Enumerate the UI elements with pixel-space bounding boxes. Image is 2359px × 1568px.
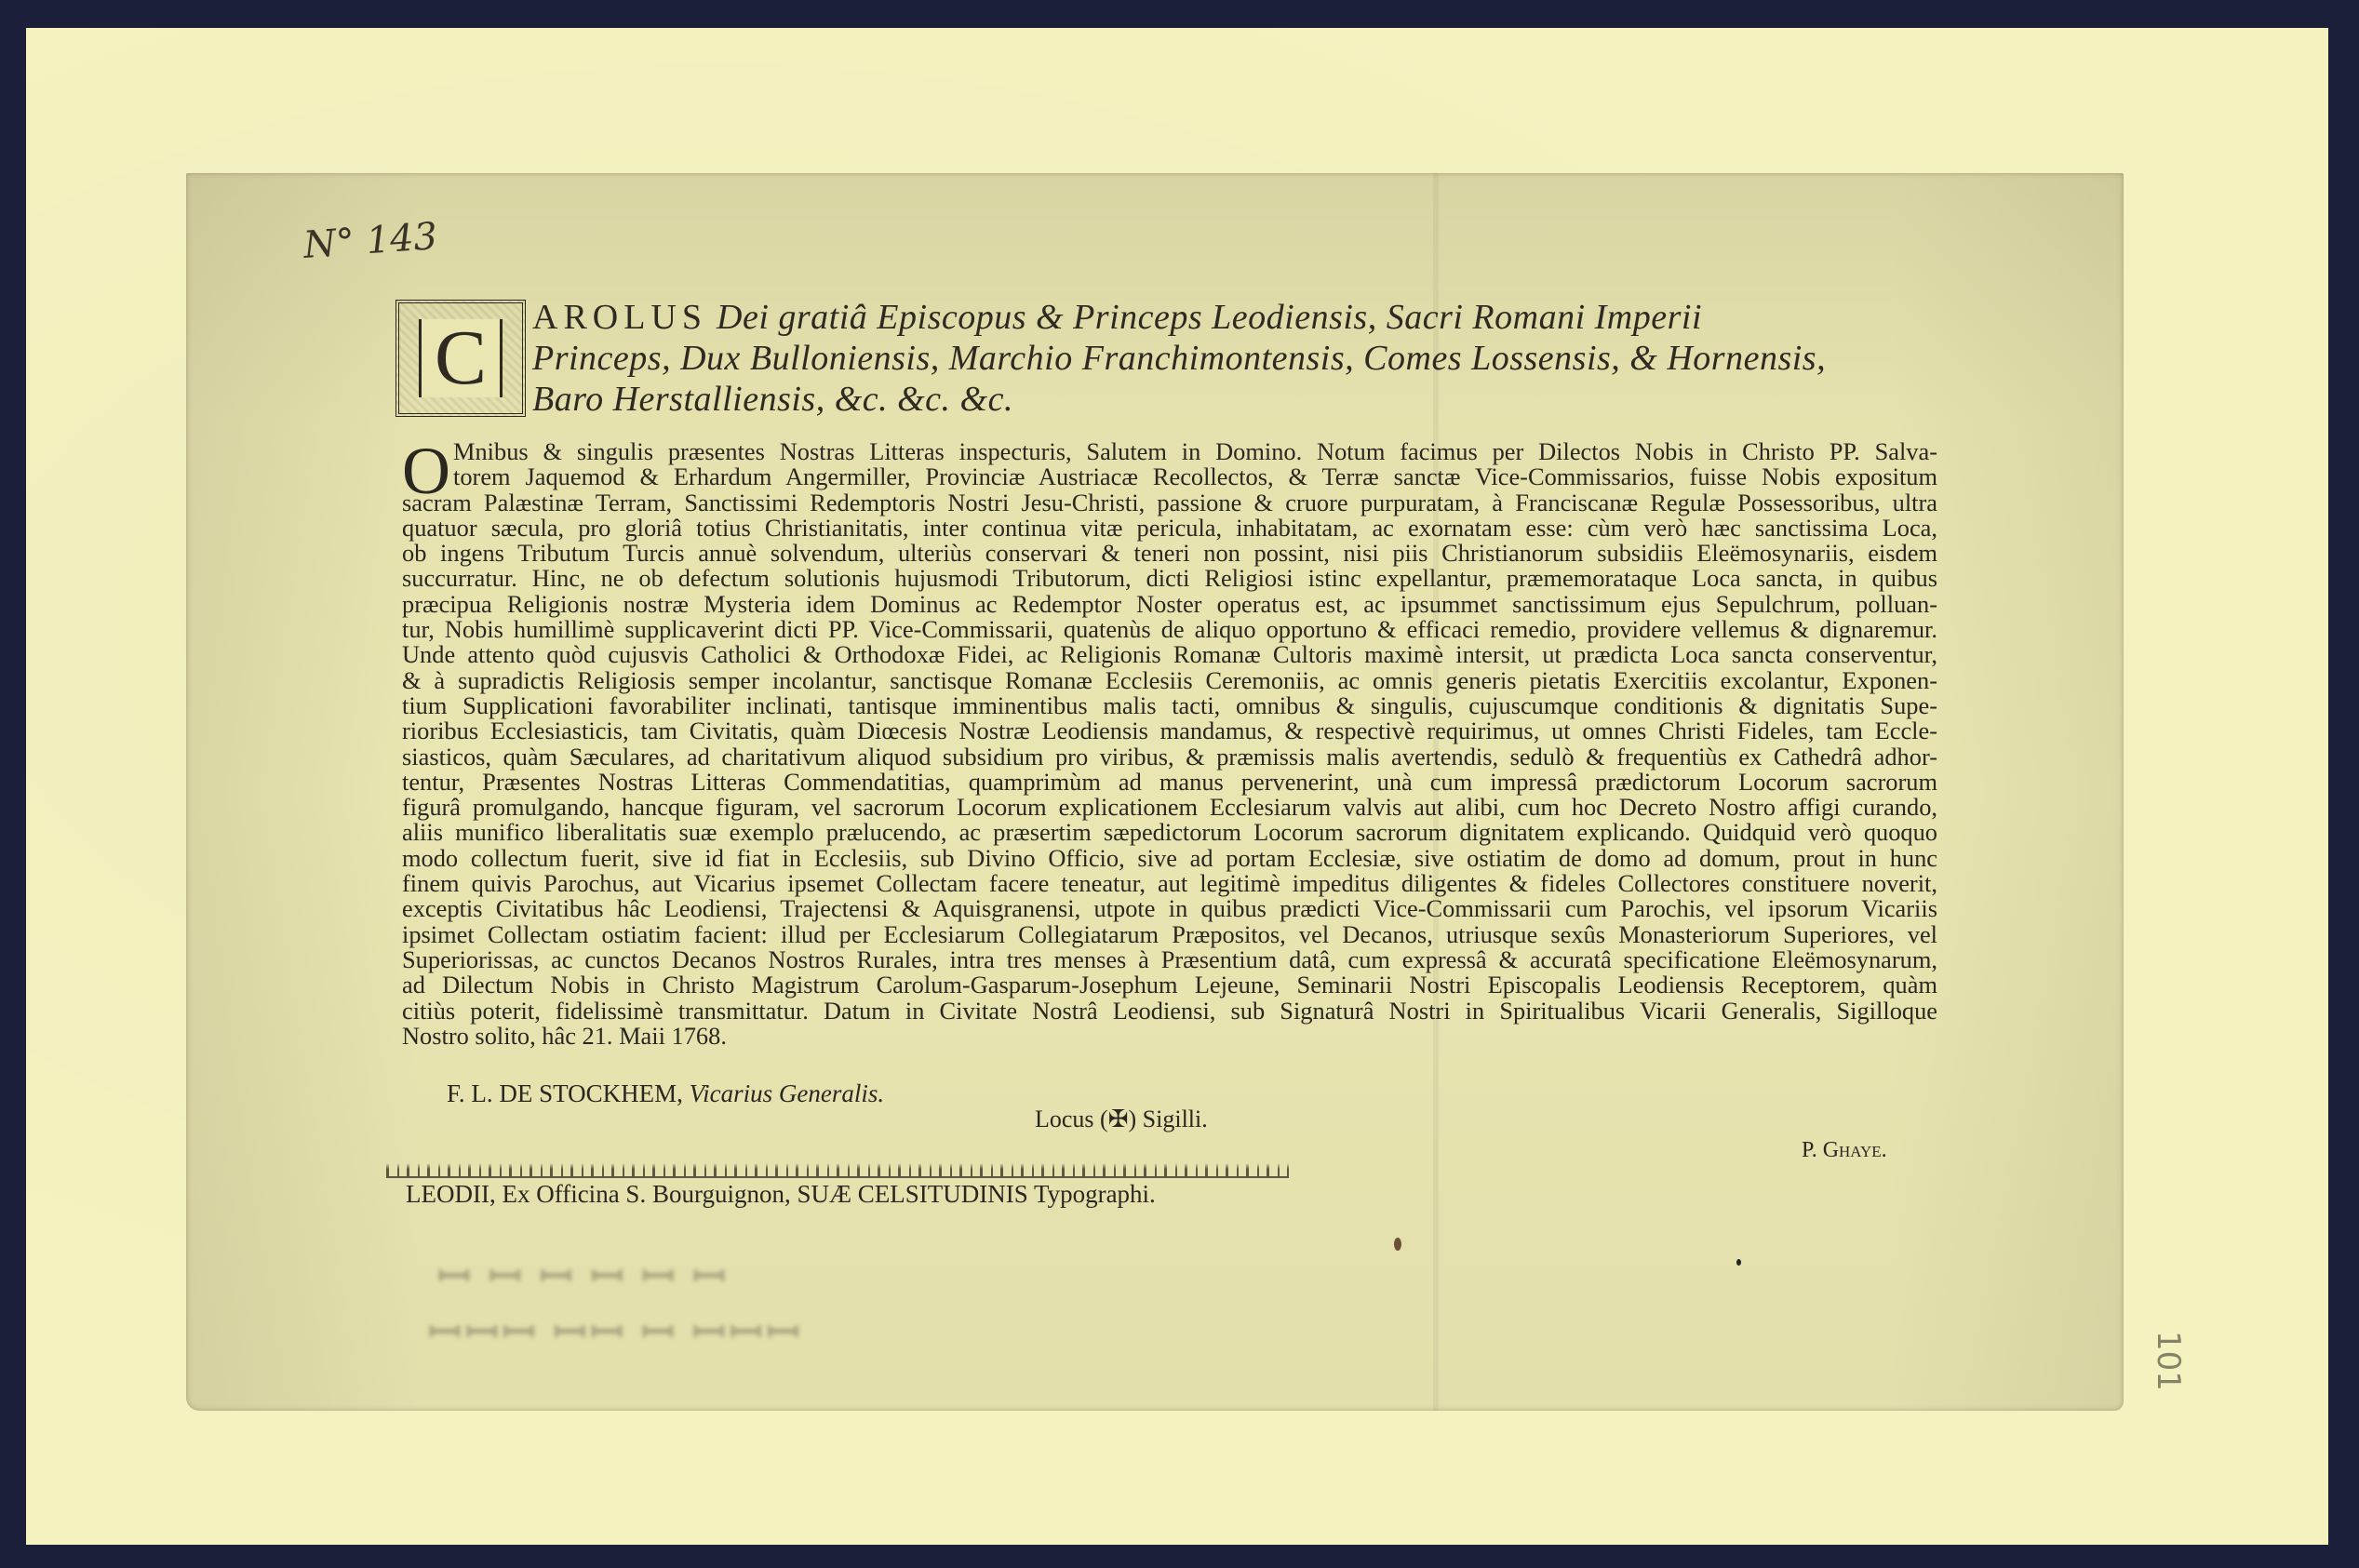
printer-imprint: LEODII, Ex Officina S. Bourguignon, SUÆ … [406,1180,1156,1209]
seal-text-before: Locus ( [1035,1106,1108,1132]
body-line: Nostro solito, hâc 21. Maii 1768. [402,1024,1937,1049]
body-line: figurâ promulgando, hancque figuram, vel… [402,795,1937,820]
body-line: sacram Palæstinæ Terram, Sanctissimi Red… [402,490,1937,516]
body-line: modo collectum fuerit, sive id fiat in E… [402,846,1937,871]
decorated-initial: C [395,300,526,417]
body-line: & à supradictis Religiosis semper incola… [402,668,1937,693]
body-line: ipsimet Collectam ostiatim facient: illu… [402,922,1937,947]
body-line: succurratur. Hinc, ne ob defectum soluti… [402,566,1937,591]
body-line: Superiorissas, ac cunctos Decanos Nostro… [402,947,1937,972]
body-line: rioribus Ecclesiasticis, tam Civitatis, … [402,718,1937,744]
body-line: torem Jaquemod & Erhardum Angermiller, P… [402,464,1937,489]
body-line: tur, Nobis humillimè supplicaverint dict… [402,617,1937,642]
seal-text-after: ) Sigilli. [1129,1106,1208,1132]
secretary-signature: P. Ghaye. [1802,1138,1887,1163]
offset-ghost-text: ꟷꟷꟷ ꟷꟷ ꟷ ꟷꟷꟷ [428,1303,803,1359]
ink-spot [1394,1238,1401,1251]
body-line: Unde attento quòd cujusvis Catholici & O… [402,642,1937,667]
cross-icon: ✠ [1108,1106,1129,1132]
vicar-title: Vicarius Generalis. [683,1079,884,1107]
body-line: quatuor sæcula, pro gloriâ totius Christ… [402,516,1937,541]
body-line: ad Dilectum Nobis in Christo Magistrum C… [402,972,1937,998]
body-text: Mnibus & singulis præsentes Nostras Litt… [402,439,1937,1049]
vicar-signature: F. L. DE STOCKHEM, Vicarius Generalis. [447,1079,884,1108]
vicar-name: F. L. DE STOCKHEM, [447,1079,683,1107]
offset-ghost-text: ꟷ ꟷ ꟷ ꟷ ꟷ ꟷ [437,1247,730,1303]
seal-location: Locus (✠) Sigilli. [1035,1106,1208,1133]
body-line: Mnibus & singulis præsentes Nostras Litt… [402,439,1937,464]
body-line: tentur, Præsentes Nostras Litteras Comme… [402,770,1937,795]
body-line: finem quivis Parochus, aut Vicarius ipse… [402,871,1937,896]
title-line-2: Princeps, Dux Bulloniensis, Marchio Fran… [532,341,1826,376]
body-line: tium Supplicationi favorabiliter inclina… [402,693,1937,718]
body-line: præcipua Religionis nostræ Mysteria idem… [402,592,1937,617]
body-line: citiùs poterit, fidelissimè transmittatu… [402,998,1937,1024]
title-line-1: AROLUS Dei gratiâ Episcopus & Princeps L… [532,300,1702,335]
body-line: siasticos, quàm Sæculares, ad charitativ… [402,744,1937,770]
title-line-3: Baro Herstalliensis, &c. &c. &c. [532,382,1013,417]
archive-number: 101 [2150,1331,2187,1391]
body-line: aliis munifico liberalitatis suæ exemplo… [402,820,1937,845]
title-name: AROLUS [532,298,707,337]
ink-spot [1736,1259,1741,1266]
body-line: ob ingens Tributum Turcis annuè solvendu… [402,541,1937,566]
initial-letter: C [419,319,503,397]
body-line: exceptis Civitatibus hâc Leodiensi, Traj… [402,896,1937,921]
title-text: Dei gratiâ Episcopus & Princeps Leodiens… [707,298,1702,337]
ornamental-rule [386,1163,1289,1178]
